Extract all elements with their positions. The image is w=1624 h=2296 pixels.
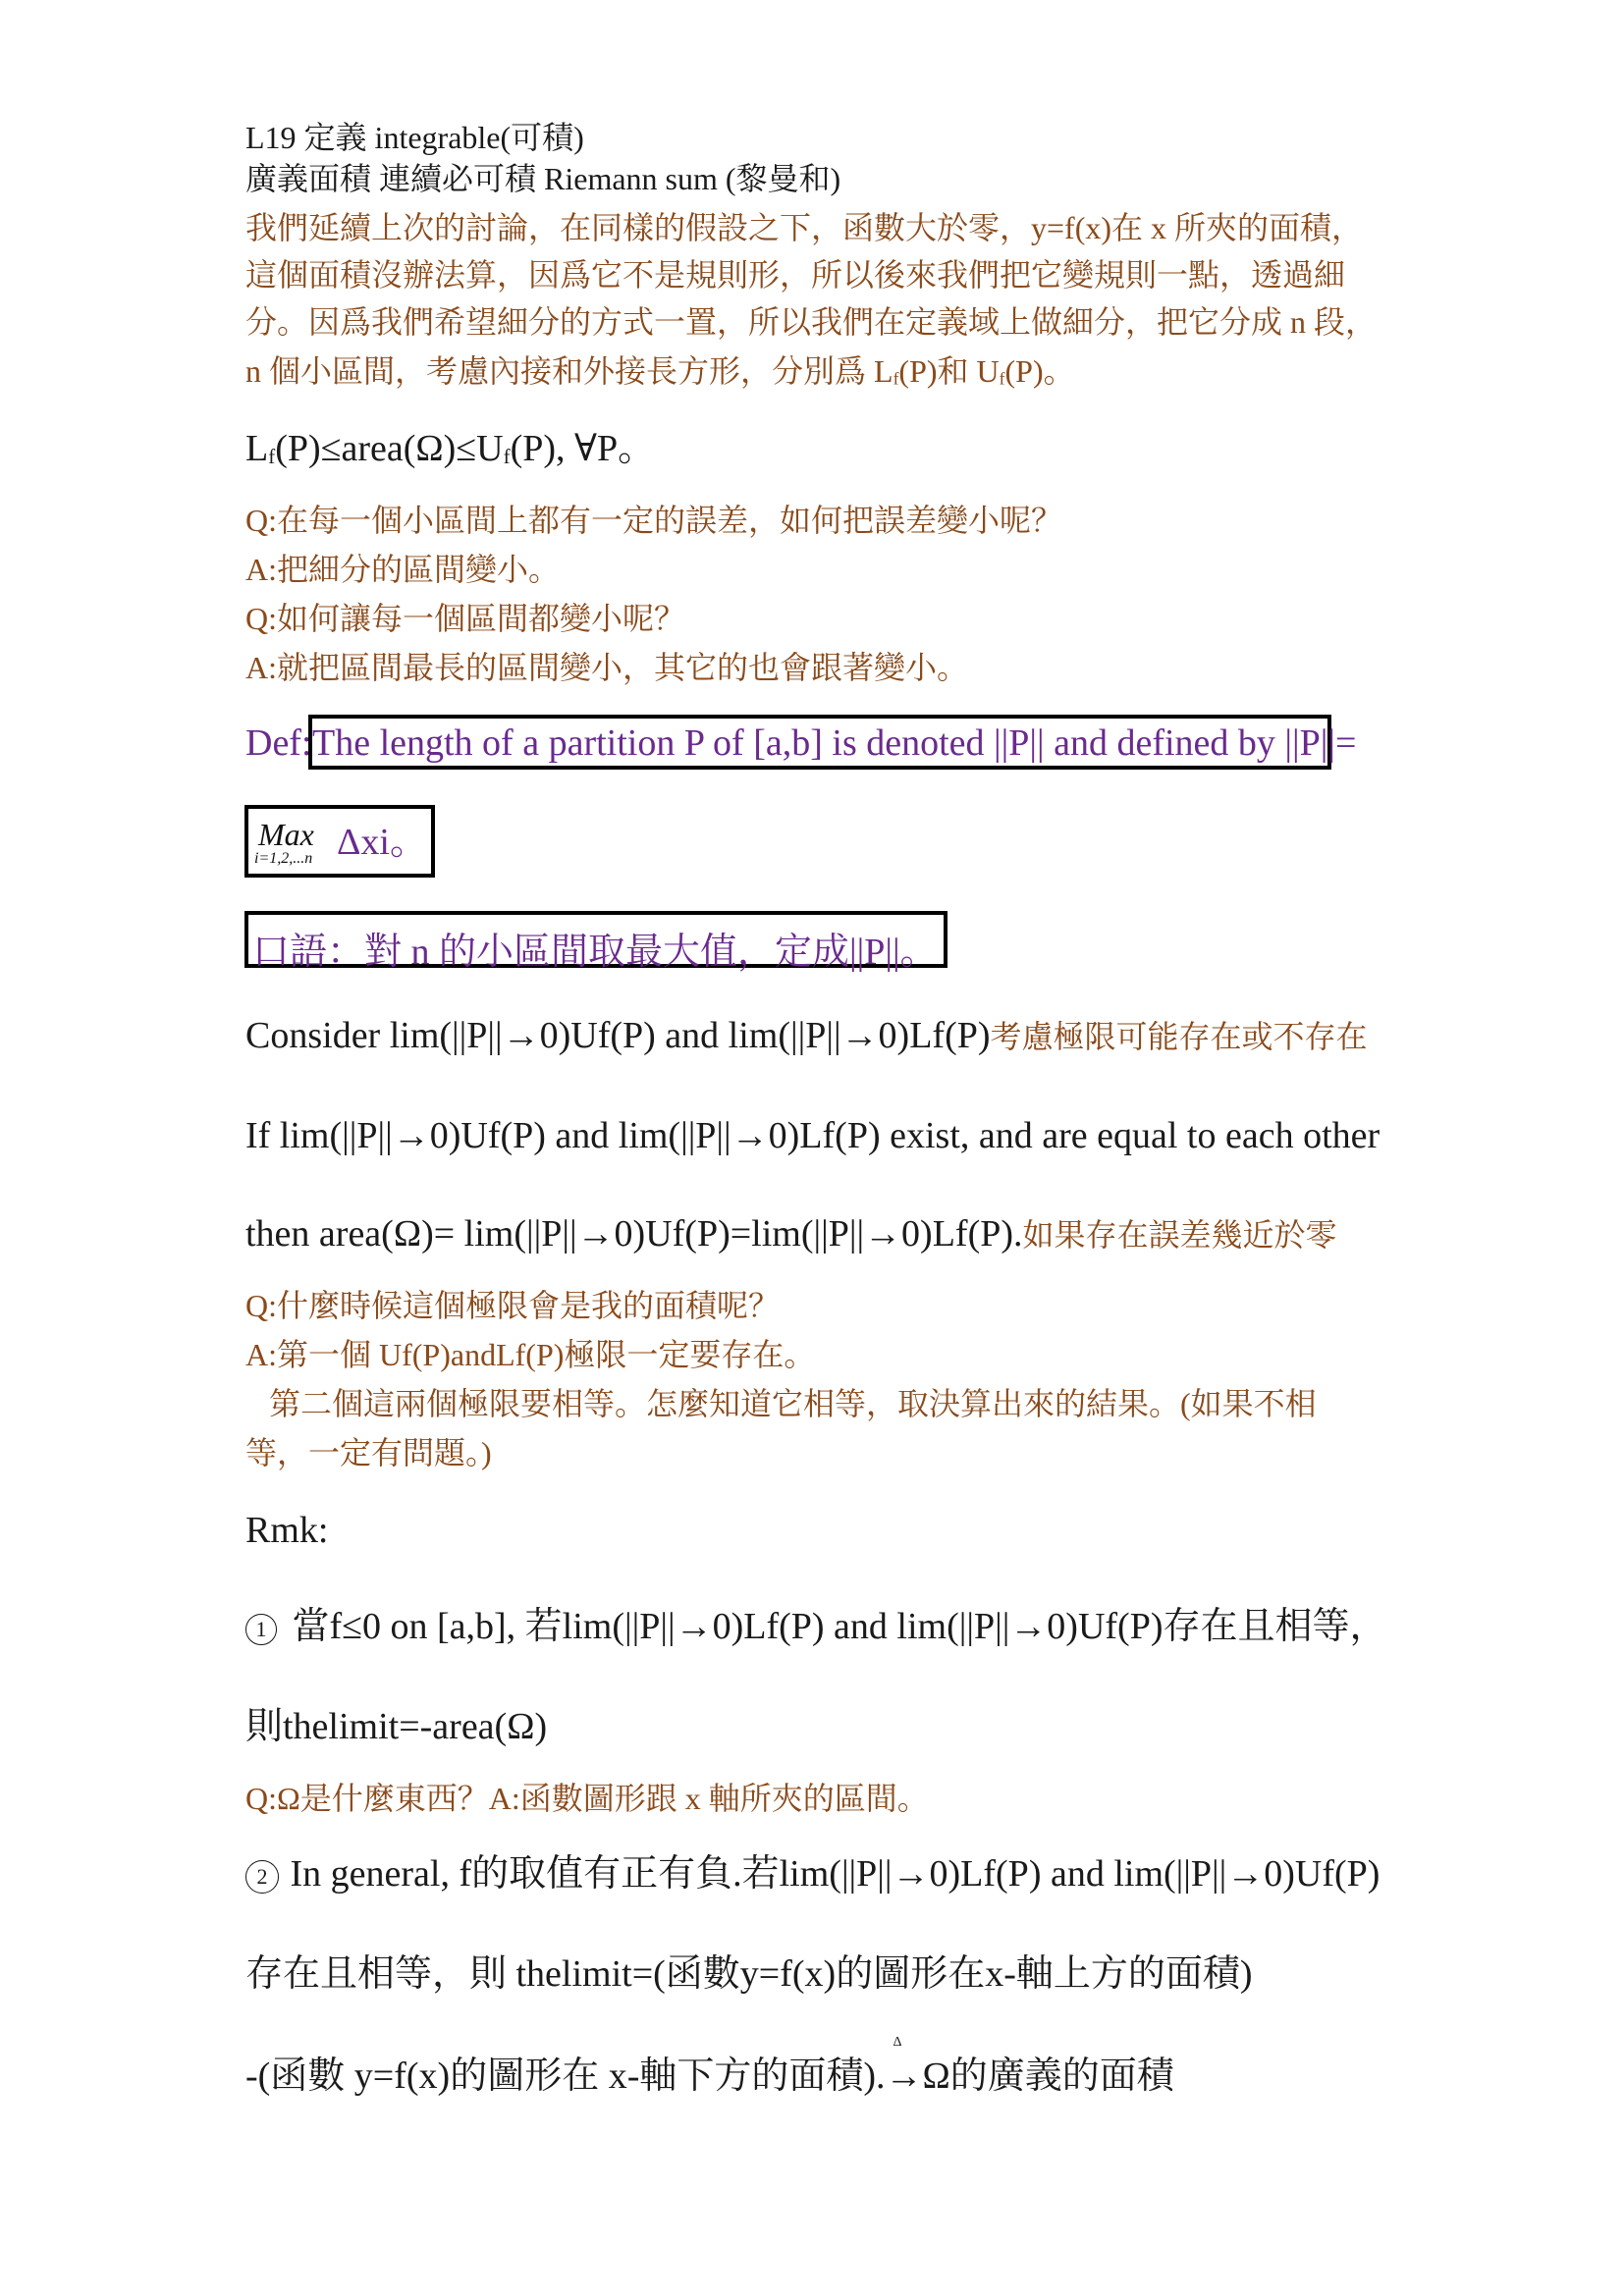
inequality: Lf(P)≤area(Ω)≤Uf(P), ∀P。: [245, 430, 655, 467]
qa1-question-1: Q:在每一個小區間上都有一定的誤差，如何把誤差變小呢？: [245, 505, 1062, 536]
math-text: (P)≤area(Ω)≤U: [275, 428, 503, 469]
circled-number-2: 2: [245, 1860, 279, 1894]
remark-item-2-cont-1: 存在且相等，則 thelimit=(函數y=f(x)的圖形在x-軸上方的面積): [245, 1955, 1253, 1993]
subscript: f: [504, 445, 511, 468]
intro-line-4: n 個小區間，考慮內接和外接長方形，分別爲 Lf(P)和 Uf(P)。: [245, 355, 1075, 388]
definition-prefix: Def:: [245, 724, 312, 762]
intro-line-1: 我們延續上次的討論，在同樣的假設之下，函數大於零，y=f(x)在 x 所夾的面積…: [245, 212, 1363, 243]
if-line: If lim(||P||→0)Uf(P) and lim(||P||→0)Lf(…: [245, 1117, 1380, 1154]
then-note: 如果存在誤差幾近於零: [1023, 1217, 1337, 1253]
oral-explanation: 口語：對 n 的小區間取最大值，定成||P||。: [252, 921, 938, 975]
math-text: L: [245, 428, 268, 469]
lecture-subtitle: 廣義面積 連續必可積 Riemann sum (黎曼和): [245, 163, 840, 194]
consider-text: Consider lim(||P||→0)Uf(P) and lim(||P||…: [245, 1015, 991, 1056]
qa1-question-2: Q:如何讓每一個區間都變小呢？: [245, 603, 685, 634]
consider-note: 考慮極限可能存在或不存在: [991, 1019, 1368, 1054]
qa1-answer-1: A:把細分的區間變小。: [245, 554, 560, 585]
qa1-answer-2: A:就把區間最長的區間變小，其它的也會跟著變小。: [245, 652, 968, 683]
then-text: then area(Ω)= lim(||P||→0)Uf(P)=lim(||P|…: [245, 1213, 1023, 1255]
remark-label: Rmk:: [245, 1512, 328, 1549]
delta-mark-icon: Δ: [893, 2036, 902, 2050]
then-line: then area(Ω)= lim(||P||→0)Uf(P)=lim(||P|…: [245, 1215, 1337, 1253]
lecture-title: L19 定義 integrable(可積): [245, 122, 584, 153]
remark-item-2-cont-2: -(函數 y=f(x)的圖形在 x-軸下方的面積).Δ→Ω的廣義的面積: [245, 2057, 1174, 2095]
qa2-answer-2: 第二個這兩個極限要相等。怎麼知道它相等，取決算出來的結果。(如果不相: [245, 1388, 1317, 1419]
max-index: i=1,2,...n: [254, 850, 312, 868]
definition-box: The length of a partition P of [a,b] is …: [308, 715, 1331, 770]
qa2-answer-1: A:第一個 Uf(P)andLf(P)極限一定要存在。: [245, 1339, 815, 1370]
max-operator: Max: [258, 817, 314, 853]
remark-item-1-cont: 則thelimit=-area(Ω): [245, 1708, 547, 1745]
remark-item-1-text: 當f≤0 on [a,b], 若lim(||P||→0)Lf(P) and li…: [293, 1606, 1387, 1647]
document-page: L19 定義 integrable(可積) 廣義面積 連續必可積 Riemann…: [0, 0, 1624, 2296]
intro-text: (P)和 U: [898, 353, 999, 389]
remark-text: Ω的廣義的面積: [923, 2056, 1174, 2097]
circled-number-1: 1: [245, 1614, 277, 1645]
remark-item-2-text: In general, f的取值有正有負.若lim(||P||→0)Lf(P) …: [291, 1853, 1380, 1895]
qa3: Q:Ω是什麼東西？A:函數圖形跟 x 軸所夾的區間。: [245, 1783, 929, 1814]
intro-text: (P)。: [1005, 353, 1075, 389]
consider-line: Consider lim(||P||→0)Uf(P) and lim(||P||…: [245, 1017, 1368, 1054]
qa2-answer-3: 等，一定有問題。): [245, 1437, 492, 1468]
defined-as-arrow: Δ→: [886, 2057, 923, 2095]
intro-line-3: 分。因爲我們希望細分的方式一置，所以我們在定義域上做細分，把它分成 n 段，: [245, 306, 1377, 338]
remark-item-1: 1 當f≤0 on [a,b], 若lim(||P||→0)Lf(P) and …: [245, 1608, 1387, 1645]
math-text: (P), ∀P。: [511, 428, 656, 469]
remark-item-2: 2 In general, f的取值有正有負.若lim(||P||→0)Lf(P…: [245, 1855, 1380, 1894]
delta-xi: Δxi。: [337, 811, 427, 865]
remark-text: -(函數 y=f(x)的圖形在 x-軸下方的面積).: [245, 2056, 886, 2097]
max-formula-box: Max i=1,2,...n Δxi。: [244, 805, 435, 878]
arrow-icon: →: [886, 2056, 923, 2097]
qa2-question: Q:什麼時候這個極限會是我的面積呢？: [245, 1290, 780, 1321]
oral-explanation-box: 口語：對 n 的小區間取最大值，定成||P||。: [244, 911, 947, 968]
intro-text: n 個小區間，考慮內接和外接長方形，分別爲 L: [245, 353, 893, 389]
definition-text: The length of a partition P of [a,b] is …: [312, 724, 1356, 762]
intro-line-2: 這個面積沒辦法算，因爲它不是規則形，所以後來我們把它變規則一點，透過細: [245, 259, 1345, 291]
